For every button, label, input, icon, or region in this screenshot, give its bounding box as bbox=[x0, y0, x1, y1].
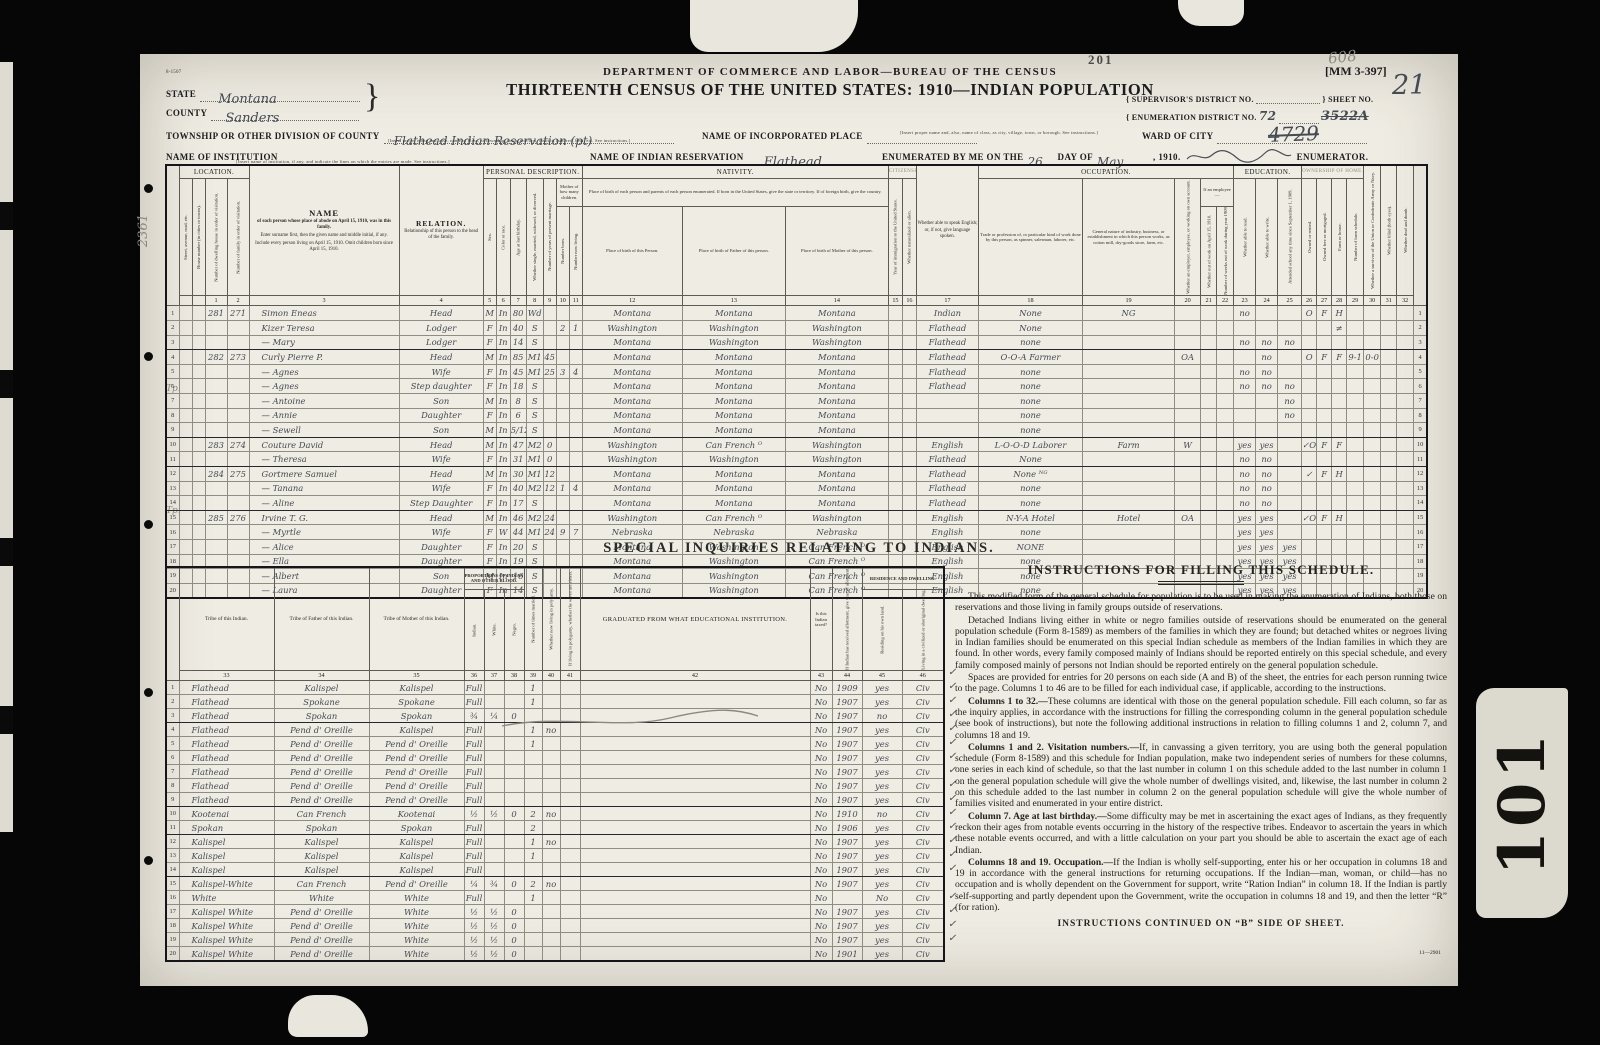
entry-cell: 1 bbox=[524, 681, 542, 695]
entry-cell: 45 bbox=[510, 364, 526, 379]
entry-cell bbox=[1332, 481, 1347, 496]
entry-cell: — Agnes bbox=[249, 364, 399, 379]
entry-cell bbox=[1256, 423, 1278, 438]
entry-cell bbox=[1347, 466, 1364, 481]
entry-cell bbox=[560, 751, 580, 765]
column-number: 39 bbox=[524, 671, 542, 681]
entry-cell bbox=[1364, 510, 1381, 525]
entry-cell: No bbox=[810, 681, 832, 695]
entry-cell bbox=[1364, 379, 1381, 394]
entry-cell bbox=[560, 681, 580, 695]
entry-cell: Kalispel bbox=[369, 835, 464, 849]
entry-cell: Kalispel bbox=[369, 849, 464, 863]
entry-cell: Kalispel bbox=[369, 863, 464, 877]
entry-cell: 40 bbox=[510, 481, 526, 496]
entry-cell bbox=[580, 835, 810, 849]
column-number: 7 bbox=[510, 296, 526, 306]
owned-free-column-header: Owned free or mortgaged. bbox=[1317, 178, 1332, 296]
entry-cell bbox=[1234, 393, 1256, 408]
row-number: 8 bbox=[1414, 408, 1427, 423]
row-number: 4 bbox=[1414, 350, 1427, 365]
entry-cell bbox=[560, 947, 580, 961]
entry-cell bbox=[524, 947, 542, 961]
entry-cell bbox=[1234, 350, 1256, 365]
entry-cell bbox=[205, 525, 227, 540]
entry-cell bbox=[888, 496, 902, 511]
entry-cell: yes bbox=[862, 933, 902, 947]
entry-cell bbox=[227, 364, 249, 379]
entry-cell bbox=[1317, 408, 1332, 423]
entry-cell: 1907 bbox=[832, 695, 862, 709]
entry-cell: — Annie bbox=[249, 408, 399, 423]
entry-cell: Montana bbox=[785, 423, 888, 438]
entry-cell bbox=[504, 863, 524, 877]
entry-cell bbox=[543, 321, 556, 336]
entry-cell bbox=[580, 863, 810, 877]
entry-cell: 18 bbox=[510, 379, 526, 394]
entry-cell bbox=[1083, 321, 1175, 336]
entry-cell: 5/12 bbox=[510, 423, 526, 438]
entry-cell bbox=[1217, 408, 1234, 423]
entry-cell bbox=[524, 793, 542, 807]
entry-cell: 271 bbox=[227, 306, 249, 321]
population-table: LOCATION. NAME of each person whose plac… bbox=[165, 164, 1428, 599]
entry-cell: Kalispel bbox=[369, 681, 464, 695]
entry-cell: no bbox=[1234, 379, 1256, 394]
entry-cell bbox=[580, 905, 810, 919]
graduated-column-header: GRADUATED FROM WHAT EDUCATIONAL INSTITUT… bbox=[580, 567, 810, 671]
entry-cell: Civ bbox=[902, 793, 944, 807]
entry-cell bbox=[484, 765, 504, 779]
entry-cell: no bbox=[1234, 364, 1256, 379]
schedule-title: THIRTEENTH CENSUS OF THE UNITED STATES: … bbox=[470, 80, 1190, 100]
entry-cell: English bbox=[916, 525, 978, 540]
entry-cell: Montana bbox=[582, 364, 682, 379]
entry-cell: Spokan bbox=[274, 821, 369, 835]
entry-cell bbox=[1175, 335, 1201, 350]
entry-cell: OA bbox=[1175, 510, 1201, 525]
entry-cell: H bbox=[1332, 510, 1347, 525]
relation-column-header: RELATION. Relationship of this person to… bbox=[399, 165, 483, 296]
entry-cell bbox=[484, 737, 504, 751]
entry-cell: 24 bbox=[543, 525, 556, 540]
entry-cell: Civ bbox=[902, 765, 944, 779]
entry-cell: yes bbox=[862, 849, 902, 863]
entry-cell bbox=[1381, 423, 1397, 438]
column-number: 15 bbox=[888, 296, 902, 306]
entry-cell bbox=[542, 919, 560, 933]
blood-proportion-group-header: PROPORTIONS OF INDIAN AND OTHER BLOOD. bbox=[464, 567, 524, 589]
entry-cell bbox=[902, 466, 916, 481]
entry-cell: Montana bbox=[785, 496, 888, 511]
father-birthplace-column-header: Place of birth of Father of this person. bbox=[682, 206, 785, 296]
family-number-column-header: Number of family in order of visitation. bbox=[227, 178, 249, 296]
entry-cell bbox=[179, 335, 192, 350]
entry-cell: Flathead bbox=[179, 723, 274, 737]
entry-cell bbox=[1278, 321, 1302, 336]
entry-cell: Montana bbox=[785, 379, 888, 394]
row-number: 12 bbox=[166, 466, 179, 481]
entry-cell bbox=[543, 306, 556, 321]
entry-cell: M1 bbox=[526, 350, 543, 365]
entry-cell bbox=[1347, 423, 1364, 438]
column-number: 11 bbox=[569, 296, 582, 306]
entry-cell bbox=[542, 737, 560, 751]
occupation-group-header: OCCUPATION. bbox=[978, 165, 1233, 178]
column-number: 22 bbox=[1217, 296, 1234, 306]
entry-cell bbox=[484, 779, 504, 793]
entry-cell bbox=[1302, 452, 1317, 467]
entry-cell: yes bbox=[862, 877, 902, 891]
entry-cell bbox=[227, 393, 249, 408]
entry-cell bbox=[205, 393, 227, 408]
enumerated-label-1: ENUMERATED BY ME ON THE bbox=[882, 152, 1024, 162]
incorporated-note: [Insert proper name and, also, name of c… bbox=[900, 130, 1100, 135]
brace: } bbox=[364, 78, 380, 116]
entry-cell bbox=[1364, 496, 1381, 511]
instruction-paragraph: Spaces are provided for entries for 20 p… bbox=[955, 672, 1447, 695]
age-column-header: Age at last birthday. bbox=[510, 178, 526, 296]
row-number: 2 bbox=[166, 695, 179, 709]
column-number: 46 bbox=[902, 671, 944, 681]
entry-cell bbox=[179, 306, 192, 321]
entry-cell: Spokan bbox=[179, 821, 274, 835]
entry-cell: Civ bbox=[902, 947, 944, 961]
entry-cell bbox=[1381, 481, 1397, 496]
column-number: 33 bbox=[179, 671, 274, 681]
entry-cell bbox=[1278, 510, 1302, 525]
entry-cell bbox=[1217, 452, 1234, 467]
entry-cell: 31 bbox=[510, 452, 526, 467]
entry-cell bbox=[484, 891, 504, 905]
entry-cell: F bbox=[483, 335, 496, 350]
entry-cell bbox=[543, 379, 556, 394]
entry-cell: No bbox=[810, 737, 832, 751]
entry-cell bbox=[1083, 335, 1175, 350]
entry-cell: Full bbox=[464, 765, 484, 779]
entry-cell: no bbox=[542, 807, 560, 821]
entry-cell: F bbox=[1317, 437, 1332, 452]
entry-cell: Simon Eneas bbox=[249, 306, 399, 321]
entry-cell: 1 bbox=[524, 835, 542, 849]
entry-cell: yes bbox=[862, 737, 902, 751]
entry-cell bbox=[1317, 321, 1332, 336]
entry-cell: Montana bbox=[785, 466, 888, 481]
entry-cell: Pend d' Oreille bbox=[274, 933, 369, 947]
entry-cell: Gortmere Samuel bbox=[249, 466, 399, 481]
entry-cell: Washington bbox=[682, 335, 785, 350]
column-number: 24 bbox=[1256, 296, 1278, 306]
enumeration-district-line: { ENUMERATION DISTRICT NO. 72 3522A bbox=[1126, 109, 1369, 124]
entry-cell bbox=[1347, 408, 1364, 423]
entry-cell: Civ bbox=[902, 891, 944, 905]
entry-cell: Can French ᴼ bbox=[682, 437, 785, 452]
residence-group-header: RESIDENCE AND DWELLING. bbox=[862, 567, 944, 589]
sheet-annotation-big: 21 bbox=[1392, 70, 1426, 101]
column-number: 4 bbox=[399, 296, 483, 306]
entry-cell: 9-1 bbox=[1347, 350, 1364, 365]
entry-cell: F bbox=[1317, 306, 1332, 321]
entry-cell: Civ bbox=[902, 877, 944, 891]
entry-cell: None ᴺᴳ bbox=[978, 466, 1082, 481]
entry-cell: No bbox=[810, 905, 832, 919]
entry-cell: 1901 bbox=[832, 947, 862, 961]
entry-cell bbox=[1364, 321, 1381, 336]
entry-cell: No bbox=[810, 807, 832, 821]
entry-cell: 1907 bbox=[832, 779, 862, 793]
entry-cell: Flathead bbox=[179, 709, 274, 723]
entry-cell: no bbox=[1278, 379, 1302, 394]
entry-cell bbox=[560, 905, 580, 919]
entry-cell: 46 bbox=[510, 510, 526, 525]
incorporated-place-line: NAME OF INCORPORATED PLACE bbox=[702, 126, 977, 144]
entry-cell: 1907 bbox=[832, 793, 862, 807]
column-number: 44 bbox=[832, 671, 862, 681]
entry-cell: In bbox=[496, 437, 510, 452]
entry-cell bbox=[1397, 364, 1414, 379]
entry-cell bbox=[1256, 306, 1278, 321]
entry-cell bbox=[1217, 481, 1234, 496]
entry-cell bbox=[1397, 437, 1414, 452]
entry-cell bbox=[504, 779, 524, 793]
entry-cell bbox=[1217, 321, 1234, 336]
entry-cell bbox=[484, 849, 504, 863]
entry-cell bbox=[556, 350, 569, 365]
entry-cell bbox=[1317, 335, 1332, 350]
entry-cell bbox=[1278, 306, 1302, 321]
entry-cell: none bbox=[978, 393, 1082, 408]
entry-cell: Full bbox=[464, 793, 484, 807]
entry-cell: Kalispel White bbox=[179, 919, 274, 933]
entry-cell bbox=[1217, 379, 1234, 394]
entry-cell bbox=[888, 525, 902, 540]
entry-cell: In bbox=[496, 481, 510, 496]
entry-cell bbox=[569, 393, 582, 408]
entry-cell: No bbox=[810, 835, 832, 849]
row-number: 15 bbox=[166, 510, 179, 525]
entry-cell bbox=[560, 779, 580, 793]
dwelling-type-column-header: Living in a civilized or aboriginal dwel… bbox=[902, 589, 944, 671]
mother-tribe-column-header: Tribe of Mother of this Indian. bbox=[369, 567, 464, 671]
entry-cell bbox=[902, 306, 916, 321]
entry-cell bbox=[227, 525, 249, 540]
entry-cell bbox=[1201, 481, 1217, 496]
row-number: 6 bbox=[1414, 379, 1427, 394]
entry-cell bbox=[556, 335, 569, 350]
entry-cell bbox=[484, 793, 504, 807]
entry-cell: None bbox=[978, 321, 1082, 336]
entry-cell: Civ bbox=[902, 821, 944, 835]
entry-cell: Full bbox=[464, 723, 484, 737]
entry-cell: M1 bbox=[526, 364, 543, 379]
entry-cell: no bbox=[1234, 481, 1256, 496]
column-number: 8 bbox=[526, 296, 543, 306]
column-number: 2 bbox=[227, 296, 249, 306]
entry-cell bbox=[1347, 481, 1364, 496]
column-number: 42 bbox=[580, 671, 810, 681]
entry-cell: no bbox=[1256, 379, 1278, 394]
entry-cell bbox=[179, 525, 192, 540]
entry-cell: 12 bbox=[543, 466, 556, 481]
entry-cell: F bbox=[1332, 437, 1347, 452]
entry-cell: 282 bbox=[205, 350, 227, 365]
entry-cell: no bbox=[542, 877, 560, 891]
sheet-value: 3522A bbox=[1321, 109, 1369, 124]
column-number: 13 bbox=[682, 296, 785, 306]
entry-cell: In bbox=[496, 408, 510, 423]
column-number: 45 bbox=[862, 671, 902, 681]
entry-cell: 1909 bbox=[832, 681, 862, 695]
entry-cell: Head bbox=[399, 306, 483, 321]
entry-cell: Spokane bbox=[274, 695, 369, 709]
times-married-column-header: Number of times married. bbox=[524, 567, 542, 671]
entry-cell: no bbox=[1278, 335, 1302, 350]
entry-cell bbox=[556, 437, 569, 452]
entry-cell: 24 bbox=[543, 510, 556, 525]
entry-cell: 1 bbox=[524, 891, 542, 905]
instruction-paragraph: Columns 18 and 19. Occupation.—If the In… bbox=[955, 857, 1447, 913]
entry-cell bbox=[888, 452, 902, 467]
entry-cell: Can French bbox=[274, 807, 369, 821]
entry-cell: H bbox=[1332, 306, 1347, 321]
row-number: 14 bbox=[166, 496, 179, 511]
entry-cell: F bbox=[483, 496, 496, 511]
entry-cell bbox=[1397, 452, 1414, 467]
entry-cell bbox=[556, 510, 569, 525]
entry-cell bbox=[1083, 364, 1175, 379]
entry-cell: 1907 bbox=[832, 751, 862, 765]
punch-hole bbox=[144, 856, 153, 865]
row-number: 1 bbox=[1414, 306, 1427, 321]
entry-cell: Pend d' Oreille bbox=[274, 751, 369, 765]
entry-cell: Montana bbox=[582, 335, 682, 350]
entry-cell: No bbox=[810, 877, 832, 891]
entry-cell bbox=[1175, 306, 1201, 321]
entry-cell: no bbox=[1256, 496, 1278, 511]
street-column-header: Street, avenue, road, etc. bbox=[179, 178, 192, 296]
sheet-label: } SHEET NO. bbox=[1322, 95, 1373, 104]
entry-cell: Farm bbox=[1083, 437, 1175, 452]
education-group-header: EDUCATION. bbox=[1234, 165, 1302, 178]
entry-cell: none bbox=[978, 379, 1082, 394]
entry-cell bbox=[1302, 525, 1317, 540]
entry-cell: L-O-O-D Laborer bbox=[978, 437, 1082, 452]
entry-cell: Montana bbox=[682, 481, 785, 496]
entry-cell: Flathead bbox=[916, 335, 978, 350]
entry-cell bbox=[1201, 306, 1217, 321]
entry-cell: 40 bbox=[510, 321, 526, 336]
row-number: 6 bbox=[166, 379, 179, 394]
entry-cell: Curly Pierre P. bbox=[249, 350, 399, 365]
entry-cell: Pend d' Oreille bbox=[274, 919, 369, 933]
entry-cell: 8 bbox=[510, 393, 526, 408]
entry-cell bbox=[1347, 306, 1364, 321]
entry-cell: Full bbox=[464, 821, 484, 835]
entry-cell: Kootenai bbox=[369, 807, 464, 821]
entry-cell bbox=[902, 408, 916, 423]
entry-cell bbox=[580, 947, 810, 961]
entry-cell bbox=[504, 835, 524, 849]
entry-cell: In bbox=[496, 364, 510, 379]
entry-cell: ½ bbox=[464, 947, 484, 961]
entry-cell: Step Daughter bbox=[399, 496, 483, 511]
instruction-paragraph: Column 7. Age at last birthday.—Some dif… bbox=[955, 811, 1447, 856]
instruction-paragraph: Columns 1 and 2. Visitation numbers.—If,… bbox=[955, 742, 1447, 810]
entry-cell bbox=[1317, 423, 1332, 438]
entry-cell bbox=[1175, 364, 1201, 379]
entry-cell: 17 bbox=[510, 496, 526, 511]
entry-cell bbox=[1332, 408, 1347, 423]
instructions-title: INSTRUCTIONS FOR FILLING THIS SCHEDULE. bbox=[955, 562, 1447, 578]
entry-cell bbox=[205, 379, 227, 394]
entry-cell bbox=[179, 393, 192, 408]
entry-cell bbox=[1364, 423, 1381, 438]
entry-cell: In bbox=[496, 423, 510, 438]
entry-cell: Washington bbox=[582, 437, 682, 452]
entry-cell bbox=[1381, 306, 1397, 321]
township-note: [Insert proper name and, also, name of c… bbox=[388, 138, 648, 143]
farm-schedule-column-header: Number of farm schedule. bbox=[1347, 178, 1364, 296]
if-employee-group-header: If an employee— bbox=[1201, 178, 1234, 206]
entry-cell: Civ bbox=[902, 905, 944, 919]
entry-cell bbox=[542, 779, 560, 793]
entry-cell bbox=[1201, 379, 1217, 394]
entry-cell bbox=[580, 807, 810, 821]
entry-cell: Flathead bbox=[916, 481, 978, 496]
entry-cell: Civ bbox=[902, 835, 944, 849]
entry-cell bbox=[205, 481, 227, 496]
entry-cell: 44 bbox=[510, 525, 526, 540]
entry-cell bbox=[1347, 393, 1364, 408]
column-number: 1 bbox=[205, 296, 227, 306]
entry-cell bbox=[888, 393, 902, 408]
entry-cell bbox=[484, 821, 504, 835]
entry-cell: M1 bbox=[526, 466, 543, 481]
entry-cell: 1 bbox=[556, 481, 569, 496]
column-number: 6 bbox=[496, 296, 510, 306]
column-number: 28 bbox=[1332, 296, 1347, 306]
row-number: 9 bbox=[1414, 423, 1427, 438]
entry-cell bbox=[1347, 335, 1364, 350]
entry-cell: 0 bbox=[504, 933, 524, 947]
entry-cell bbox=[569, 452, 582, 467]
entry-cell: ½ bbox=[484, 933, 504, 947]
entry-cell bbox=[504, 751, 524, 765]
entry-cell: In bbox=[496, 335, 510, 350]
row-number: 16 bbox=[166, 891, 179, 905]
entry-cell: Flathead bbox=[179, 681, 274, 695]
allotment-column-header: If Indian has received allotment, give y… bbox=[832, 567, 862, 671]
row-number: 14 bbox=[166, 863, 179, 877]
entry-cell bbox=[1175, 452, 1201, 467]
entry-cell bbox=[888, 481, 902, 496]
entry-cell: 1907 bbox=[832, 877, 862, 891]
entry-cell: O bbox=[1302, 306, 1317, 321]
entry-cell bbox=[888, 423, 902, 438]
entry-cell: Montana bbox=[682, 364, 785, 379]
entry-cell: No bbox=[810, 709, 832, 723]
entry-cell bbox=[1332, 393, 1347, 408]
entry-cell: no bbox=[1256, 452, 1278, 467]
entry-cell bbox=[1175, 321, 1201, 336]
entry-cell bbox=[192, 423, 205, 438]
entry-cell bbox=[179, 437, 192, 452]
entry-cell bbox=[556, 379, 569, 394]
entry-cell: Nebraska bbox=[785, 525, 888, 540]
entry-cell: Daughter bbox=[399, 408, 483, 423]
row-number: 13 bbox=[166, 849, 179, 863]
entry-cell: In bbox=[496, 496, 510, 511]
